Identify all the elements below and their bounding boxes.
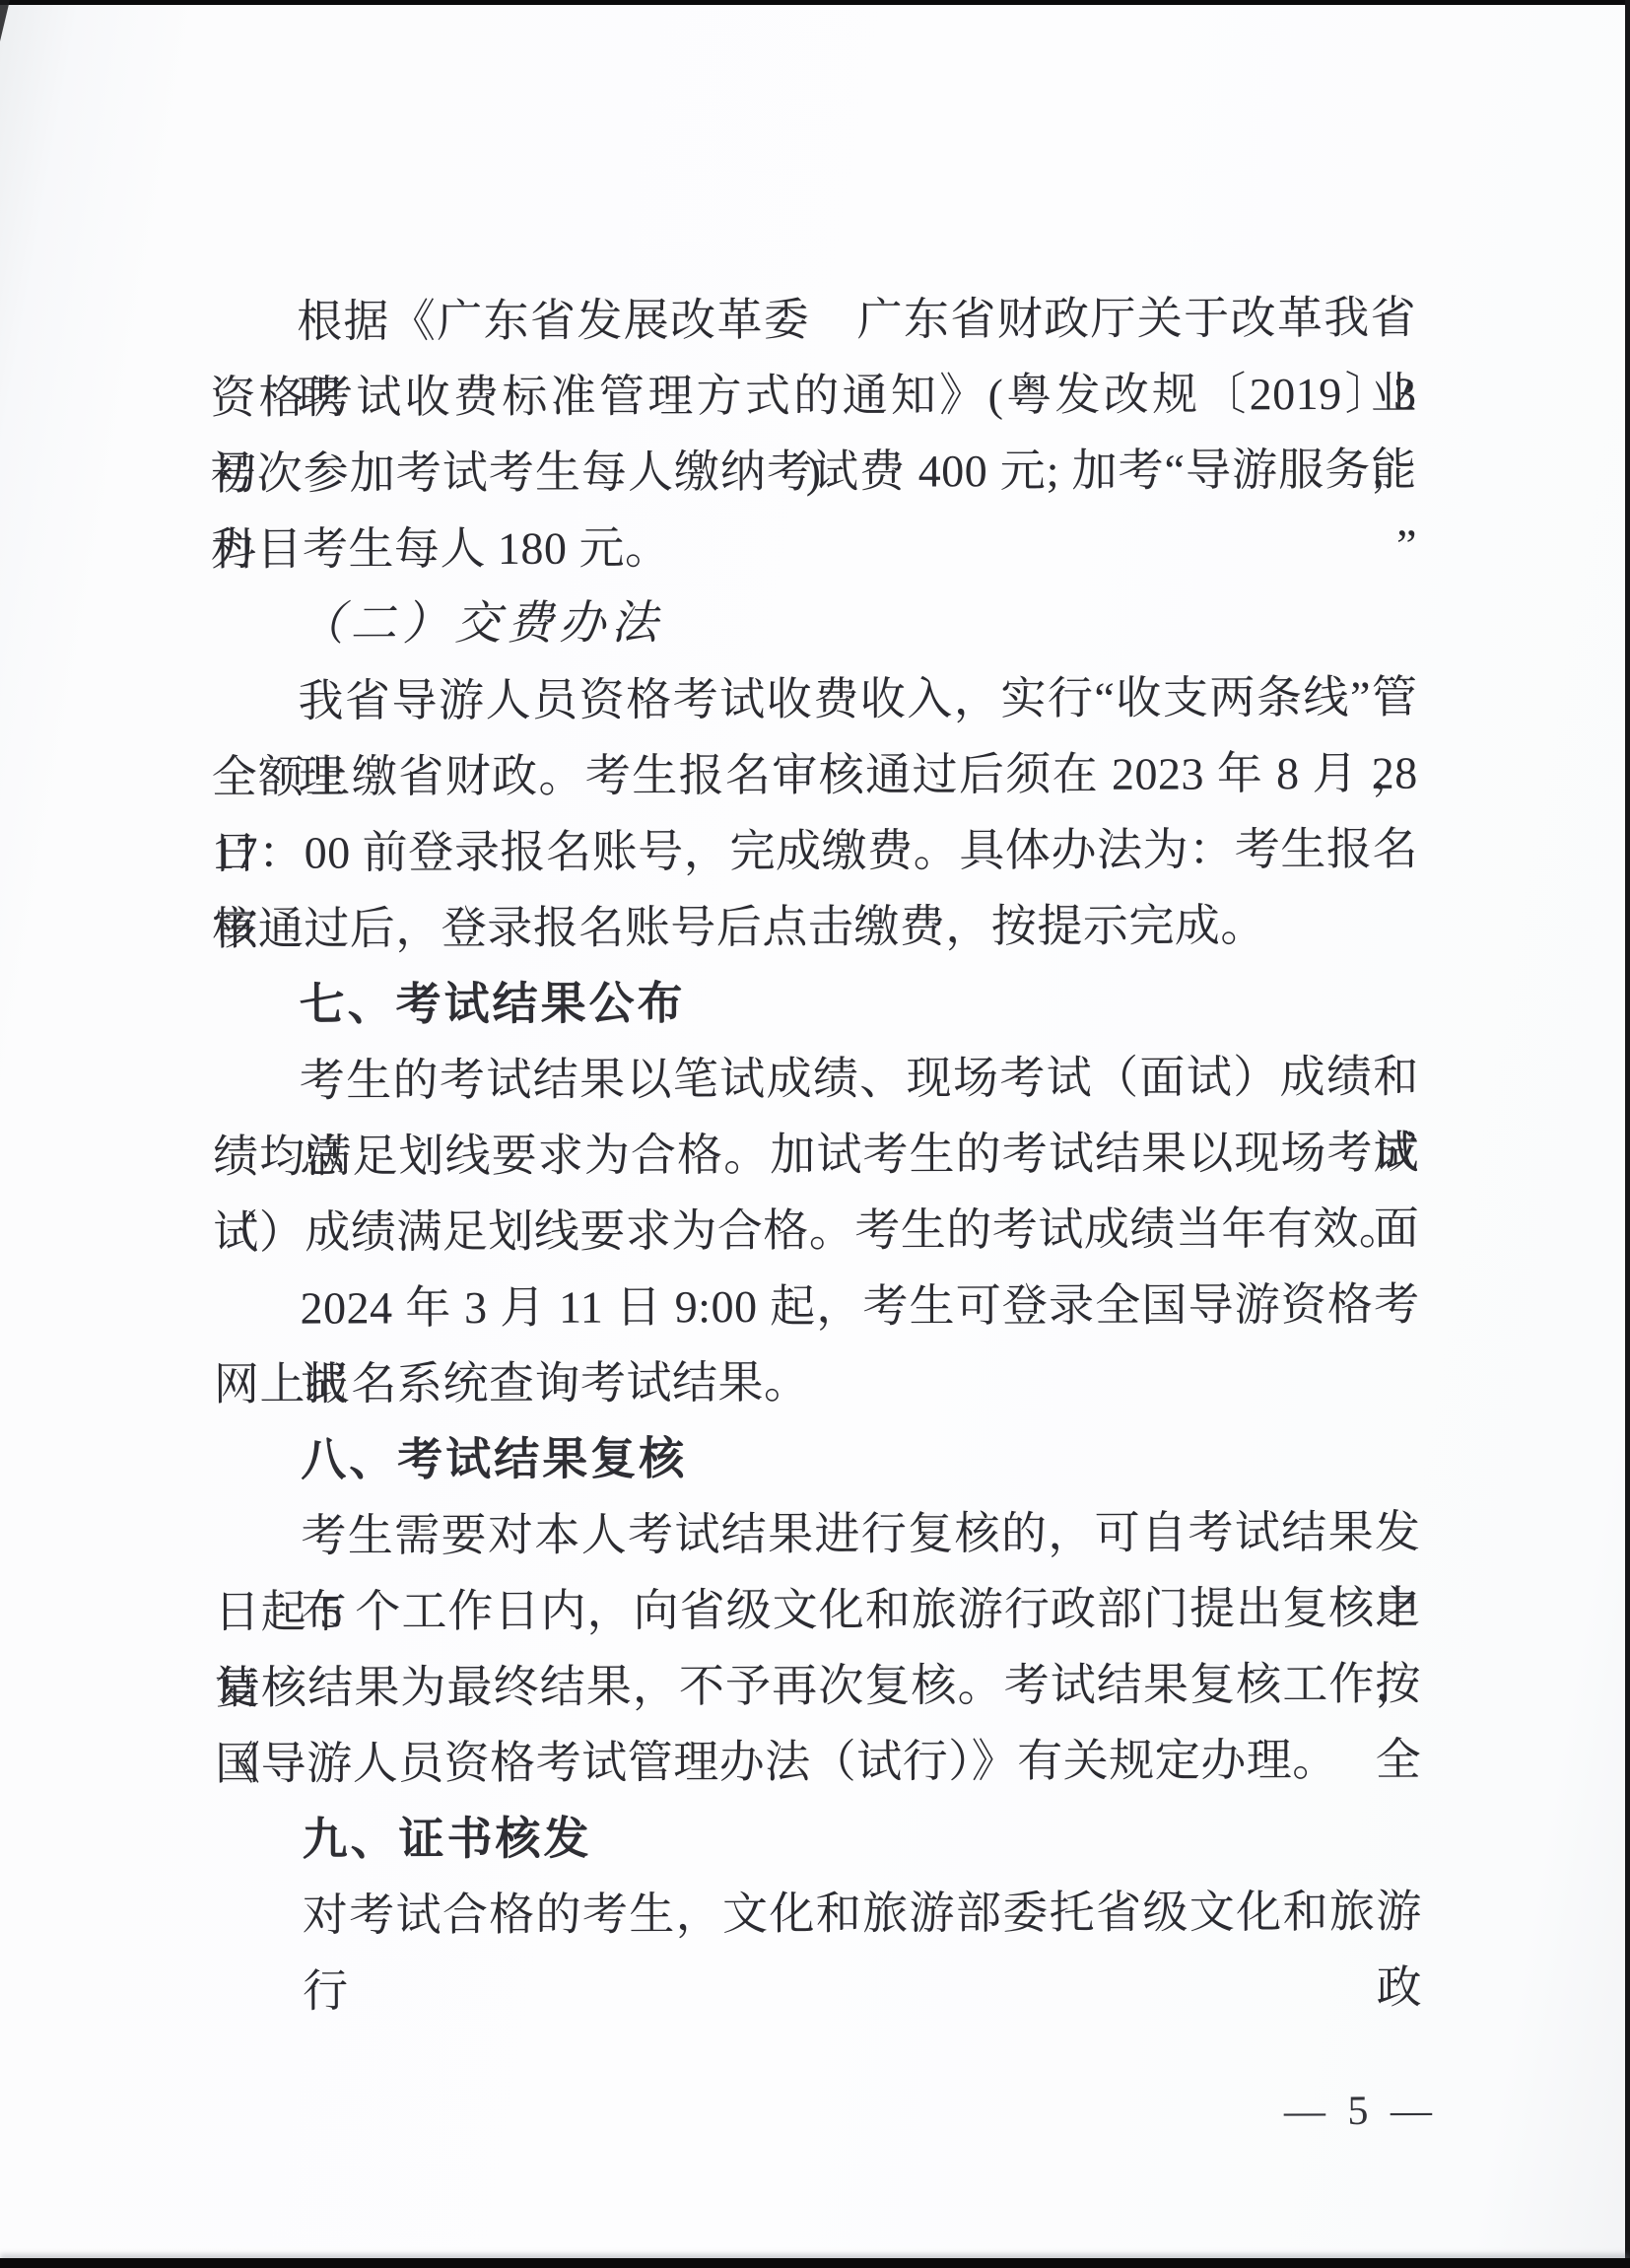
scan-edge-top [0, 0, 1630, 5]
text-line: 试）成绩满足划线要求为合格。考生的考试成绩当年有效。 [213, 1191, 1419, 1271]
text-line: 我省导游人员资格考试收费收入，实行“收支两条线”管理， [211, 659, 1417, 739]
text-line: 考生的考试结果以笔试成绩、现场考试（面试）成绩和总成 [213, 1039, 1419, 1119]
text-line: 复核结果为最终结果，不予再次复核。考试结果复核工作按《全 [215, 1646, 1421, 1726]
text-line: 初次参加考试考生每人缴纳考试费 400 元; 加考“导游服务能力” [211, 432, 1417, 512]
page-number: — 5 — [1284, 2088, 1438, 2136]
text-line: 考生需要对本人考试结果进行复核的，可自考试结果发布之 [214, 1494, 1420, 1574]
scanned-document-page: 根据《广东省发展改革委 广东省财政厅关于改革我省职业 资格考试收费标准管理方式的… [0, 0, 1630, 2268]
text-line: 核通过后，登录报名账号后点击缴费，按提示完成。 [212, 887, 1418, 967]
subsection-heading: （二）交费办法 [211, 584, 1417, 663]
scan-corner-artifact [0, 0, 10, 41]
text-line: 网上报名系统查询考试结果。 [214, 1342, 1420, 1422]
section-heading: 七、考试结果公布 [212, 963, 1418, 1043]
text-line: 2024 年 3 月 11 日 9:00 起，考生可登录全国导游资格考试 [213, 1267, 1419, 1346]
scan-edge-bottom [0, 2258, 1630, 2268]
document-body: 根据《广东省发展改革委 广东省财政厅关于改革我省职业 资格考试收费标准管理方式的… [210, 280, 1422, 1954]
text-line: 日起 5 个工作日内，向省级文化和旅游行政部门提出复核申请， [215, 1570, 1421, 1650]
text-line: 根据《广东省发展改革委 广东省财政厅关于改革我省职业 [210, 280, 1416, 360]
section-heading: 九、证书核发 [215, 1798, 1421, 1878]
text-line: 全额上缴省财政。考生报名审核通过后须在 2023 年 8 月 28 日 [212, 735, 1418, 815]
text-line: 17：00 前登录报名账号，完成缴费。具体办法为：考生报名审 [212, 811, 1418, 891]
text-line: 对考试合格的考生，文化和旅游部委托省级文化和旅游行政 [216, 1874, 1422, 1954]
text-line: 资格考试收费标准管理方式的通知》(粤发改规〔2019〕3 号)， [210, 356, 1416, 436]
section-heading: 八、考试结果复核 [214, 1418, 1420, 1498]
text-line: 绩均满足划线要求为合格。加试考生的考试结果以现场考试（面 [213, 1115, 1419, 1195]
text-line: 国导游人员资格考试管理办法（试行）》有关规定办理。 [215, 1722, 1421, 1802]
scan-edge-right [1625, 0, 1630, 2268]
